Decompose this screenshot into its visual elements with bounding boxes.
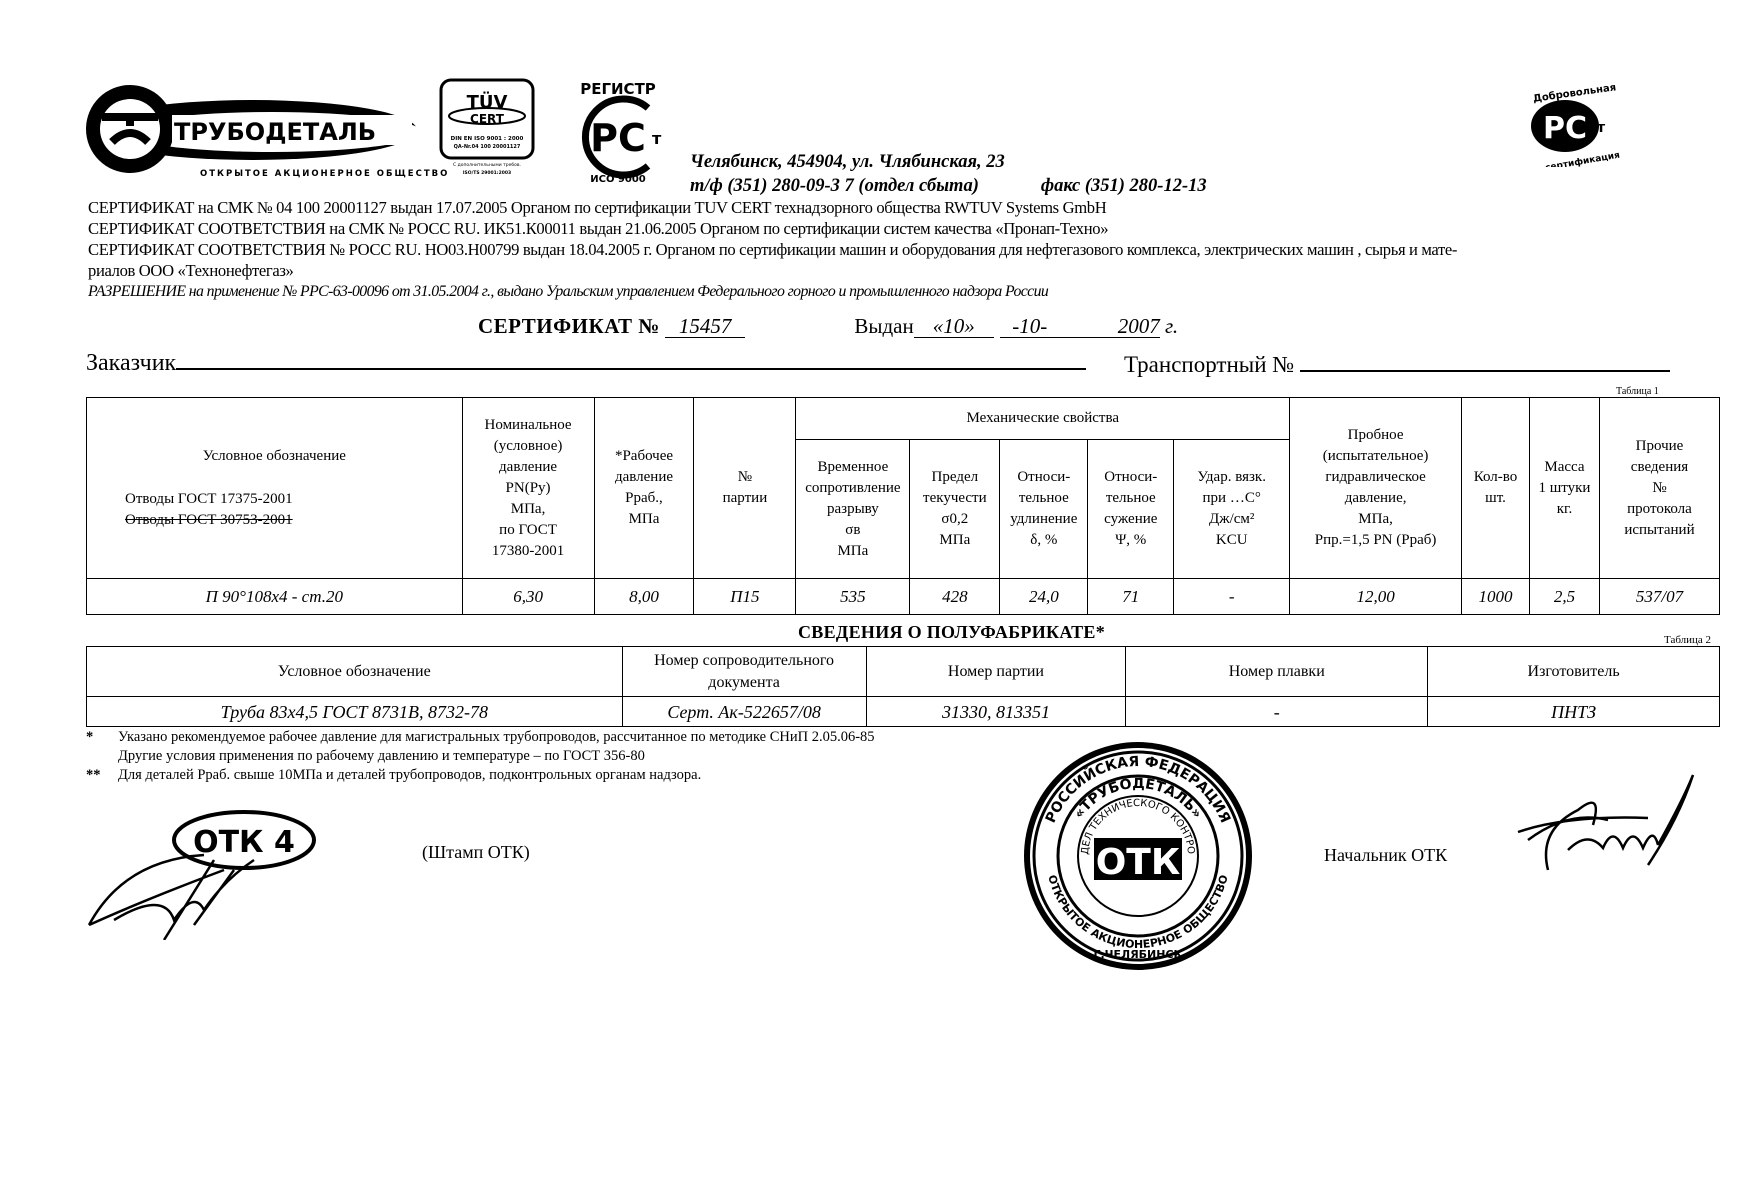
customer-value[interactable] xyxy=(176,364,1086,370)
header-line: Номинальное xyxy=(465,415,592,436)
header-line: давление xyxy=(597,467,692,488)
header-line: МПа xyxy=(597,509,692,530)
footnote-mark: * xyxy=(86,728,118,747)
footnote-text: Для деталей Рраб. свыше 10МПа и деталей … xyxy=(118,767,701,783)
header-designation-title: Условное обозначение xyxy=(89,446,460,467)
header-yield: Пределтекучестиσ0,2МПа xyxy=(910,440,1000,579)
footnote: **Для деталей Рраб. свыше 10МПа и детале… xyxy=(86,766,875,785)
header-elongation: Относи-тельноеудлинениеδ, % xyxy=(1000,440,1088,579)
svg-text:С дополнительными требов.: С дополнительными требов. xyxy=(453,162,521,168)
chief-otk-label: Начальник ОТК xyxy=(1324,845,1447,866)
customer-field[interactable]: Заказчик xyxy=(86,350,1086,377)
svg-text:ИСО 9000: ИСО 9000 xyxy=(590,174,646,185)
t2-cell-manufacturer: ПНТЗ xyxy=(1428,697,1720,727)
footnote-text: Указано рекомендуемое рабочее давление д… xyxy=(118,729,875,745)
cell-test-pressure: 12,00 xyxy=(1290,579,1462,615)
header-mech-properties: Механические свойства xyxy=(796,398,1290,440)
svg-text:сертификация: сертификация xyxy=(1545,151,1621,167)
table-row: П 90°108х4 - ст.20 6,30 8,00 П15 535 428… xyxy=(87,579,1720,615)
cell-reduction: 71 xyxy=(1088,579,1174,615)
header-line: МПа, xyxy=(1292,509,1459,530)
tuv-cert-logo: TÜV CERT DIN EN ISO 9001 : 2000 QA-Nr.04… xyxy=(437,78,537,178)
t2-cell-batch: 31330, 813351 xyxy=(866,697,1126,727)
header-line: № xyxy=(696,467,793,488)
header-line: испытаний xyxy=(1602,520,1717,541)
header-line: № xyxy=(1602,478,1717,499)
cell-yield: 428 xyxy=(910,579,1000,615)
stamp-label: (Штамп ОТК) xyxy=(422,842,530,863)
cell-work-pressure: 8,00 xyxy=(594,579,694,615)
header-line: при …С° xyxy=(1176,488,1287,509)
svg-text:QA-Nr.04 100 20001127: QA-Nr.04 100 20001127 xyxy=(454,144,521,150)
footnote: Другие условия применения по рабочему да… xyxy=(86,747,875,766)
svg-text:ОТК 4: ОТК 4 xyxy=(193,825,295,860)
svg-text:Г.ЧЕЛЯБИНСК: Г.ЧЕЛЯБИНСК xyxy=(1093,948,1182,961)
header-other: Прочиесведения№протоколаиспытаний xyxy=(1599,398,1719,579)
company-subtitle: ОТКРЫТОЕ АКЦИОНЕРНОЕ ОБЩЕСТВО xyxy=(200,169,449,179)
header-line: давление, xyxy=(1292,488,1459,509)
header-reduction: Относи-тельноесужениеΨ, % xyxy=(1088,440,1174,579)
t2-cell-doc-number: Серт. Ак-522657/08 xyxy=(622,697,866,727)
header-line: по ГОСТ xyxy=(465,520,592,541)
header-line: тельное xyxy=(1002,488,1085,509)
issued-day: «10» xyxy=(914,315,994,338)
cell-tensile: 535 xyxy=(796,579,910,615)
otk-stamp-with-signature: ОТК 4 xyxy=(84,800,324,940)
svg-text:DIN EN ISO 9001 : 2000: DIN EN ISO 9001 : 2000 xyxy=(451,136,524,142)
t2-header-manufacturer: Изготовитель xyxy=(1428,647,1720,697)
cert-line: СЕРТИФИКАТ СООТВЕТСТВИЯ на СМК № РОСС RU… xyxy=(88,218,1708,239)
svg-text:РС: РС xyxy=(1543,111,1587,146)
t2-header-melt: Номер плавки xyxy=(1126,647,1428,697)
svg-text:ТРУБОДЕТАЛЬ: ТРУБОДЕТАЛЬ xyxy=(174,118,376,146)
t2-header-doc-number: Номер сопроводительного документа xyxy=(622,647,866,697)
header-line: Удар. вязк. xyxy=(1176,467,1287,488)
permission-line: РАЗРЕШЕНИЕ на применение № РРС-63-00096 … xyxy=(88,281,1708,302)
table1-caption: Таблица 1 xyxy=(1616,386,1659,397)
semi-product-title: СВЕДЕНИЯ О ПОЛУФАБРИКАТЕ* xyxy=(798,622,1105,643)
header-line: Пробное xyxy=(1292,425,1459,446)
t2-cell-designation: Труба 83х4,5 ГОСТ 8731В, 8732-78 xyxy=(87,697,623,727)
header-line: гидравлическое xyxy=(1292,467,1459,488)
chief-signature xyxy=(1508,770,1698,880)
header-work-pressure: *РабочеедавлениеРраб.,МПа xyxy=(594,398,694,579)
cell-other: 537/07 xyxy=(1599,579,1719,615)
cell-mass: 2,5 xyxy=(1530,579,1600,615)
certification-lines: СЕРТИФИКАТ на СМК № 04 100 20001127 выда… xyxy=(88,197,1708,302)
header-designation: Условное обозначение Отводы ГОСТ 17375-2… xyxy=(87,398,463,579)
header-batch: №партии xyxy=(694,398,796,579)
semi-product-table: Условное обозначение Номер сопроводитель… xyxy=(86,646,1720,727)
designation-standard-struck: Отводы ГОСТ 30753-2001 xyxy=(125,510,460,531)
footnote-mark: ** xyxy=(86,766,118,785)
certificate-number: 15457 xyxy=(665,315,745,338)
header-line: (испытательное) xyxy=(1292,446,1459,467)
header-line: Относи- xyxy=(1090,467,1171,488)
header-line: шт. xyxy=(1464,488,1527,509)
svg-text:ОТК: ОТК xyxy=(1096,842,1181,883)
svg-text:РЕГИСТР: РЕГИСТР xyxy=(580,80,656,98)
header-qty: Кол-вошт. xyxy=(1462,398,1530,579)
svg-text:т: т xyxy=(652,129,662,148)
header-line: МПа xyxy=(912,530,997,551)
transport-field[interactable]: Транспортный № xyxy=(1124,352,1670,378)
header-line: удлинение xyxy=(1002,509,1085,530)
header-line: Рпр.=1,5 PN (Рраб) xyxy=(1292,530,1459,551)
cell-nominal-pressure: 6,30 xyxy=(462,579,594,615)
svg-text:ISO/TS 29001:2003: ISO/TS 29001:2003 xyxy=(463,170,511,176)
header-mass: Масса1 штукикг. xyxy=(1530,398,1600,579)
svg-text:т: т xyxy=(1597,120,1606,136)
header-line: Прочие xyxy=(1602,436,1717,457)
header-line: PN(Ру) xyxy=(465,478,592,499)
header-line: сужение xyxy=(1090,509,1171,530)
issued-month: -10- xyxy=(1000,315,1060,338)
header-line: Кол-во xyxy=(1464,467,1527,488)
header-line: МПа xyxy=(798,541,907,562)
header-line: тельное xyxy=(1090,488,1171,509)
product-table: Условное обозначение Отводы ГОСТ 17375-2… xyxy=(86,397,1720,615)
header-line: (условное) xyxy=(465,436,592,457)
svg-text:РС: РС xyxy=(590,116,646,160)
header-line: текучести xyxy=(912,488,997,509)
header-line: Относи- xyxy=(1002,467,1085,488)
designation-standard: Отводы ГОСТ 17375-2001 xyxy=(125,489,460,510)
footnotes: *Указано рекомендуемое рабочее давление … xyxy=(86,728,875,785)
year-suffix: г. xyxy=(1165,314,1178,338)
footnote-text: Другие условия применения по рабочему да… xyxy=(118,748,645,764)
registr-rst-logo: РЕГИСТР РС т ИСО 9000 xyxy=(566,76,671,186)
header-line: Временное xyxy=(798,457,907,478)
cell-batch: П15 xyxy=(694,579,796,615)
header-line: Масса xyxy=(1532,457,1597,478)
fax: факс (351) 280-12-13 xyxy=(1041,176,1207,196)
issued-year: 2007 xyxy=(1060,315,1160,338)
header-line: σ0,2 xyxy=(912,509,997,530)
header-line: разрыву xyxy=(798,499,907,520)
voluntary-certification-logo: Добровольная РС т сертификация xyxy=(1515,82,1630,167)
header-line: сведения xyxy=(1602,457,1717,478)
cell-elongation: 24,0 xyxy=(1000,579,1088,615)
header-line: Предел xyxy=(912,467,997,488)
header-line: *Рабочее xyxy=(597,446,692,467)
cert-line: СЕРТИФИКАТ на СМК № 04 100 20001127 выда… xyxy=(88,197,1708,218)
t2-cell-melt: - xyxy=(1126,697,1428,727)
certificate-label: СЕРТИФИКАТ № xyxy=(478,314,660,338)
t2-header-designation: Условное обозначение xyxy=(87,647,623,697)
header-line: KCU xyxy=(1176,530,1287,551)
header-line: Рраб., xyxy=(597,488,692,509)
header-line: кг. xyxy=(1532,499,1597,520)
footnote: *Указано рекомендуемое рабочее давление … xyxy=(86,728,875,747)
svg-text:TÜV: TÜV xyxy=(467,91,508,113)
table2-caption: Таблица 2 xyxy=(1664,634,1711,646)
header-line: давление xyxy=(465,457,592,478)
cert-line: риалов ООО «Технонефтегаз» xyxy=(88,260,1708,281)
cert-line: СЕРТИФИКАТ СООТВЕТСТВИЯ № РОСС RU. НО03.… xyxy=(88,239,1708,260)
header-line: Ψ, % xyxy=(1090,530,1171,551)
header-tensile: ВременноесопротивлениеразрывуσвМПа xyxy=(796,440,910,579)
issued-label: Выдан xyxy=(854,314,913,338)
phone: т/ф (351) 280-09-3 7 (отдел сбыта) xyxy=(690,176,979,196)
transport-label: Транспортный № xyxy=(1124,352,1294,377)
customer-label: Заказчик xyxy=(86,350,176,376)
header-test-pressure: Пробное(испытательное)гидравлическоедавл… xyxy=(1290,398,1462,579)
header-line: партии xyxy=(696,488,793,509)
cell-designation: П 90°108х4 - ст.20 xyxy=(87,579,463,615)
header-impact: Удар. вязк.при …С°Дж/см²KCU xyxy=(1174,440,1290,579)
header-line: сопротивление xyxy=(798,478,907,499)
header-line: протокола xyxy=(1602,499,1717,520)
header-line: 17380-2001 xyxy=(465,541,592,562)
header-line: σв xyxy=(798,520,907,541)
t2-header-batch: Номер партии xyxy=(866,647,1126,697)
transport-value[interactable] xyxy=(1300,366,1670,372)
address-line: Челябинск, 454904, ул. Чля­бинская, 23 xyxy=(690,150,1207,174)
company-address: Челябинск, 454904, ул. Чля­бинская, 23 т… xyxy=(690,150,1207,198)
certificate-number-line: СЕРТИФИКАТ № 15457 Выдан«10»-10-2007 г. xyxy=(478,314,1178,339)
cell-impact: - xyxy=(1174,579,1290,615)
header-line: 1 штуки xyxy=(1532,478,1597,499)
header-line: δ, % xyxy=(1002,530,1085,551)
table-row: Труба 83х4,5 ГОСТ 8731В, 8732-78 Серт. А… xyxy=(87,697,1720,727)
cell-qty: 1000 xyxy=(1462,579,1530,615)
svg-text:CERT: CERT xyxy=(470,112,505,126)
header-nominal-pressure: Номинальное(условное)давлениеPN(Ру)МПа,п… xyxy=(462,398,594,579)
header-line: МПа, xyxy=(465,499,592,520)
trubodetal-logo: ТРУБОДЕТАЛЬ xyxy=(72,82,417,177)
header-line: Дж/см² xyxy=(1176,509,1287,530)
otk-round-seal: РОССИЙСКАЯ ФЕДЕРАЦИЯ ОТКРЫТОЕ АКЦИОНЕРНО… xyxy=(1018,738,1258,974)
